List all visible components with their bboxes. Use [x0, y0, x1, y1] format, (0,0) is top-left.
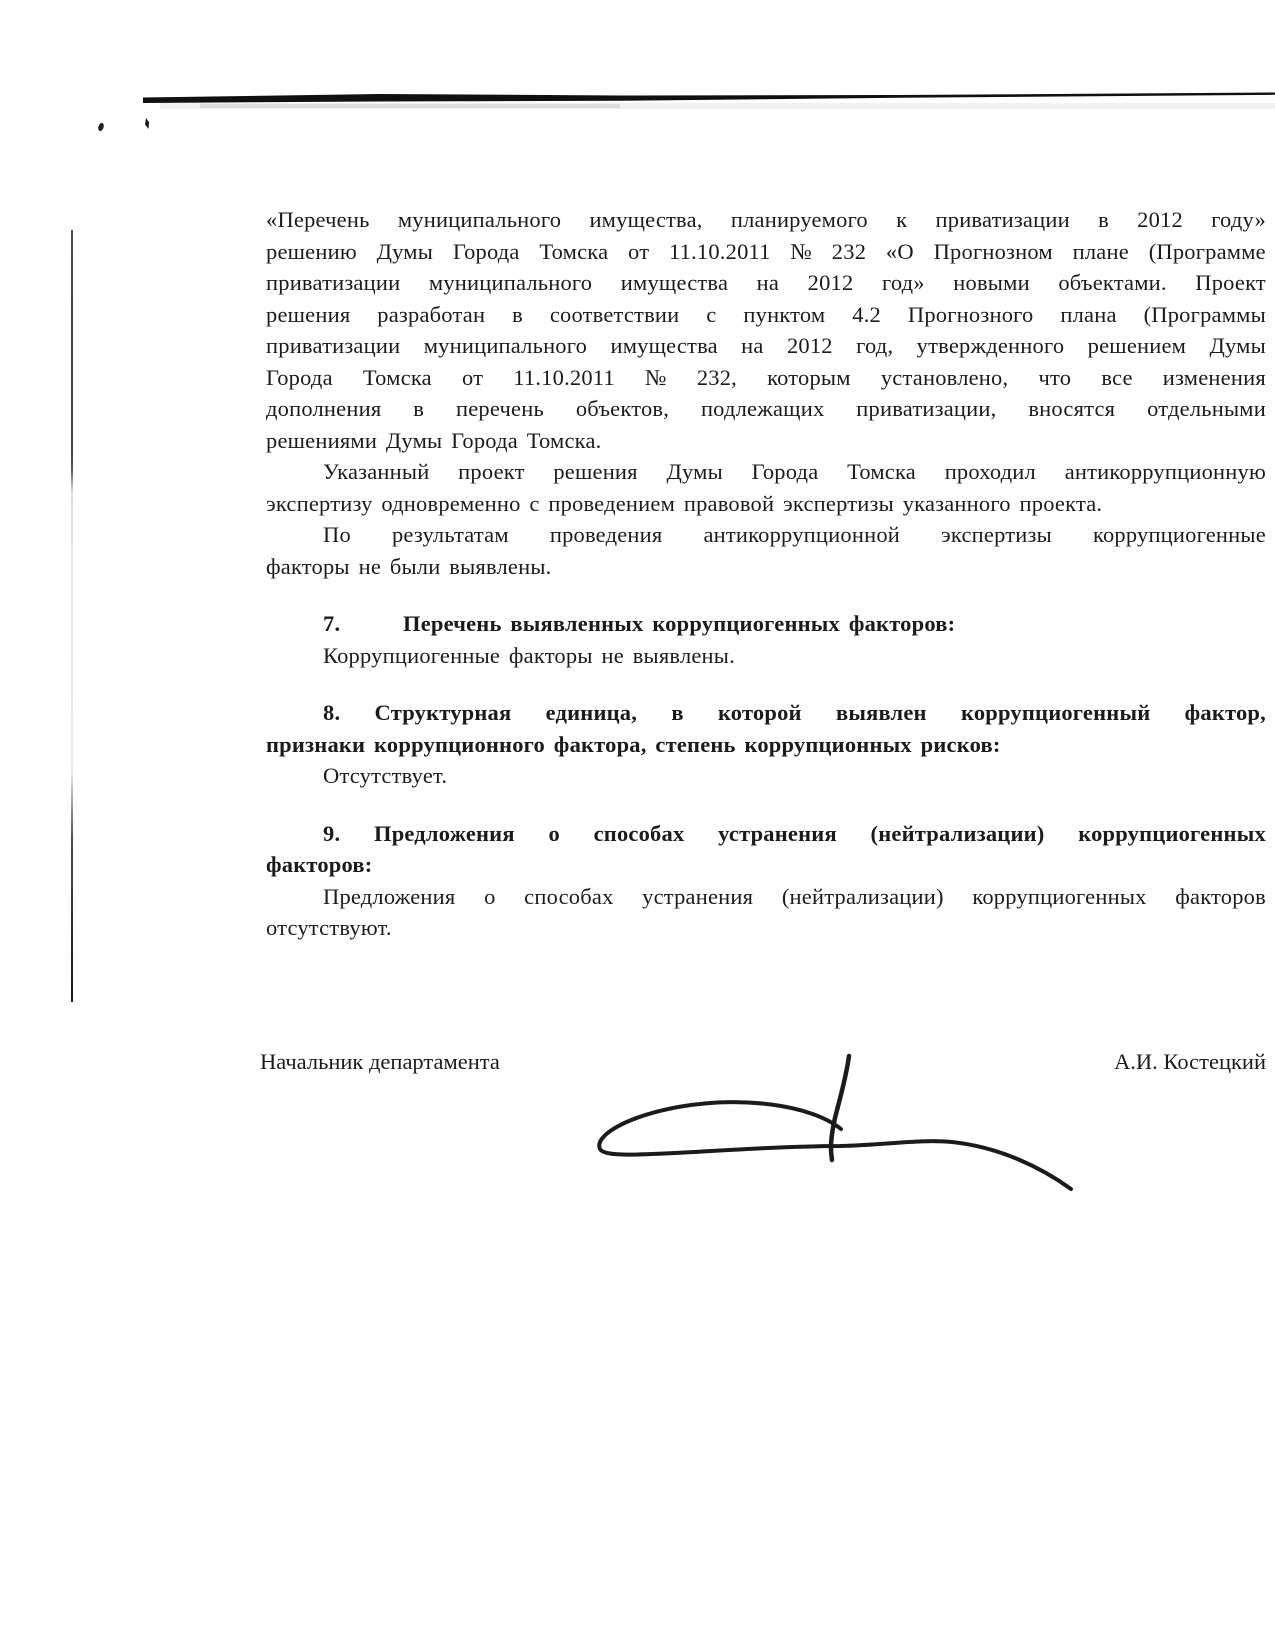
paragraph-results: Порезультатампроведенияантикоррупционной…	[266, 519, 1266, 582]
doc-line: Коррупциогенные факторы не выявлены.	[266, 640, 1266, 672]
section-9-heading: 9.Предложенияоспособахустранения(нейтрал…	[266, 818, 1266, 881]
document-text: «Переченьмуниципальногоимущества,планиру…	[266, 204, 1266, 944]
doc-line: Предложенияоспособахустранения(нейтрализ…	[266, 881, 1266, 913]
doc-line: дополнениявпереченьобъектов,подлежащихпр…	[266, 393, 1266, 425]
section-8-heading: 8.Структурнаяединица,вкоторойвыявленкорр…	[266, 697, 1266, 760]
streak-fuzz-left	[200, 104, 620, 108]
section-9-body: Предложенияоспособахустранения(нейтрализ…	[266, 881, 1266, 944]
doc-line: ГородаТомскаот11.10.2011№232,которымуста…	[266, 362, 1266, 394]
doc-line: отсутствуют.	[266, 912, 1266, 944]
section-8-body: Отсутствует.	[266, 760, 1266, 792]
doc-line: «Переченьмуниципальногоимущества,планиру…	[266, 204, 1266, 236]
section-7-heading: 7.Перечень выявленных коррупциогенных фа…	[266, 608, 1266, 640]
signer-name: А.И. Костецкий	[1114, 1048, 1266, 1076]
doc-line: Отсутствует.	[266, 760, 1266, 792]
signature-loop-stroke	[599, 1102, 1071, 1189]
doc-line: факторы не были выявлены.	[266, 551, 1266, 583]
doc-line: 8.Структурнаяединица,вкоторойвыявленкорр…	[266, 697, 1266, 729]
doc-line: решенияразработанвсоответствииспунктом4.…	[266, 299, 1266, 331]
ink-speck-left	[97, 122, 105, 132]
doc-line: 7.Перечень выявленных коррупциогенных фа…	[266, 608, 1266, 640]
signature-row: Начальник департамента А.И. Костецкий	[260, 1048, 1266, 1076]
doc-line: решениями Думы Города Томска.	[266, 425, 1266, 457]
doc-line: 9.Предложенияоспособахустранения(нейтрал…	[266, 818, 1266, 850]
scan-line-artifact	[71, 230, 73, 1002]
doc-line: факторов:	[266, 849, 1266, 881]
doc-line: УказанныйпроектрешенияДумыГородаТомскапр…	[266, 456, 1266, 488]
scanned-document-page: «Переченьмуниципальногоимущества,планиру…	[0, 0, 1275, 1650]
section-7-body: Коррупциогенные факторы не выявлены.	[266, 640, 1266, 672]
paragraph-expertise: УказанныйпроектрешенияДумыГородаТомскапр…	[266, 456, 1266, 519]
streak-shape	[143, 93, 1275, 104]
doc-line: приватизациимуниципальногоимуществана201…	[266, 330, 1266, 362]
doc-line: приватизациимуниципальногоимуществана201…	[266, 267, 1266, 299]
ink-speck-right	[145, 118, 149, 129]
streak-fuzz	[160, 103, 1275, 109]
scan-streak-artifact	[0, 0, 1275, 220]
doc-line: Порезультатампроведенияантикоррупционной…	[266, 519, 1266, 551]
doc-line: признаки коррупционного фактора, степень…	[266, 729, 1266, 761]
doc-line: решениюДумыГородаТомскаот11.10.2011№232«…	[266, 236, 1266, 268]
paragraph-continuation: «Переченьмуниципальногоимущества,планиру…	[266, 204, 1266, 456]
signer-title: Начальник департамента	[260, 1048, 500, 1076]
doc-line: экспертизу одновременно с проведением пр…	[266, 488, 1266, 520]
